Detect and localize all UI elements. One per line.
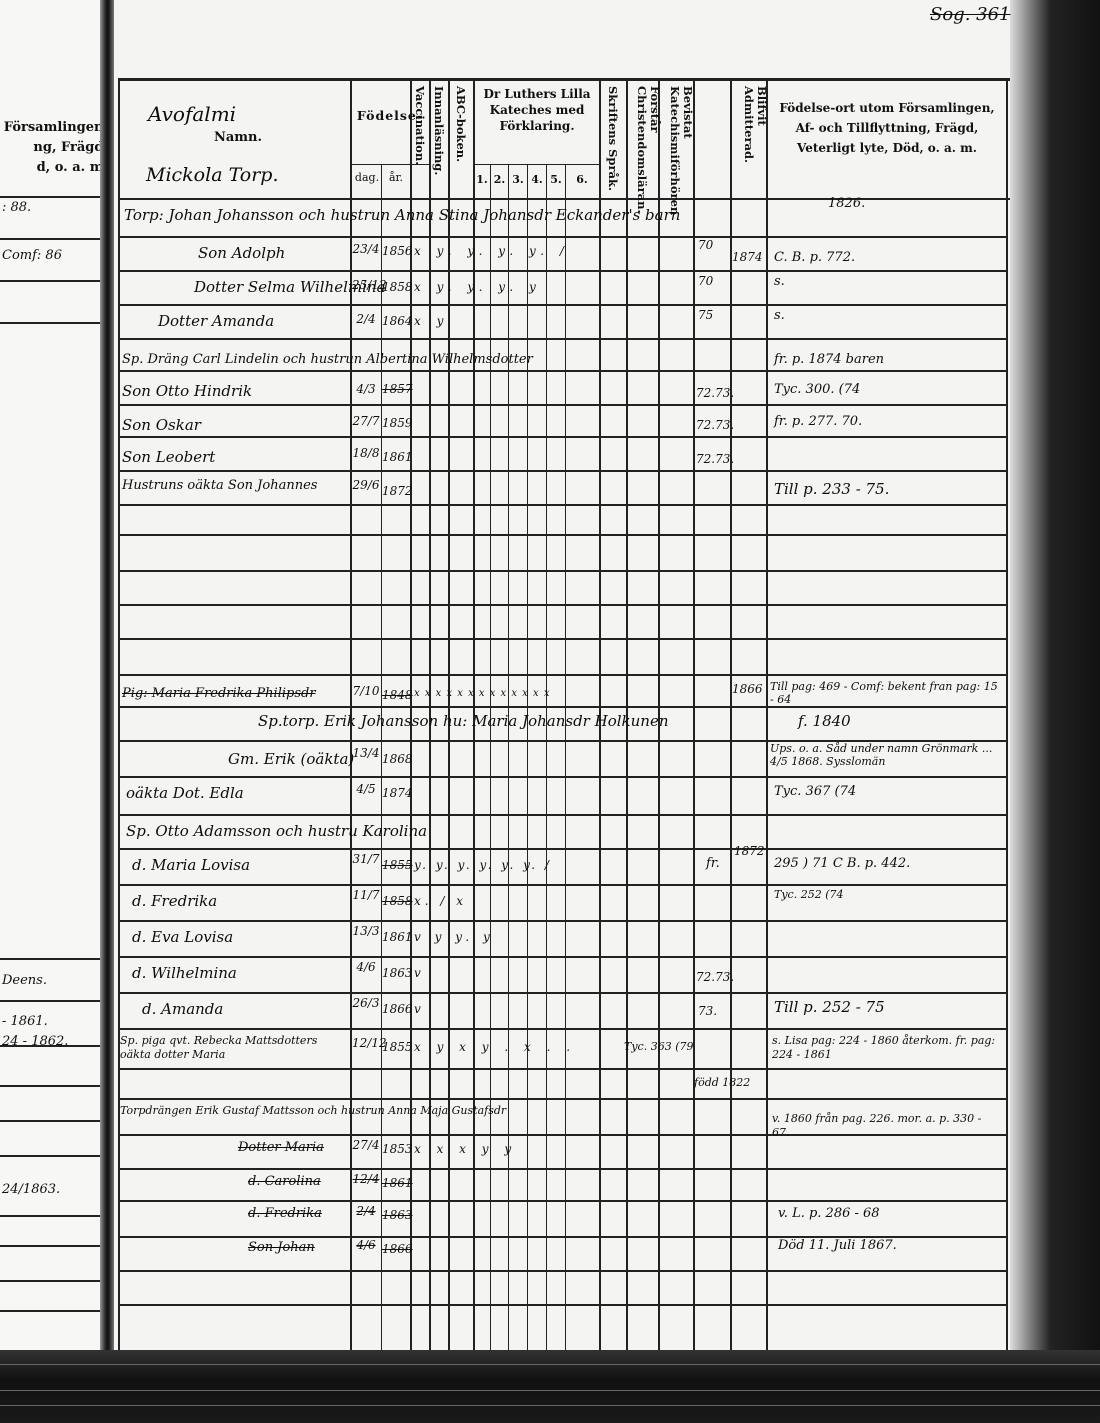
progress-marks: x x x x x x x x x x x x x <box>414 688 550 699</box>
entry-remark: fr. p. 277. 70. <box>774 414 862 429</box>
birth-year: 1858 <box>382 894 410 908</box>
entry-name: Dotter Maria <box>238 1140 324 1155</box>
entry-remark: s. <box>774 308 785 323</box>
birth-year: 1861 <box>382 1176 410 1190</box>
birth-day: 2/4 <box>352 312 380 326</box>
forstar-label: Förstår Christendomsläran. <box>633 86 661 196</box>
page-edge-shadow <box>1010 0 1100 1360</box>
birth-year: 1866 <box>382 1242 410 1256</box>
birth-year: 1857 <box>382 382 410 396</box>
progress-marks: v <box>414 966 427 980</box>
entry-name: Son Otto Hindrik <box>122 382 252 400</box>
book-gutter <box>100 0 114 1360</box>
birth-year: 1856 <box>382 244 410 258</box>
bevistat-label: Bevistat Katechismiförhören <box>666 86 694 196</box>
birth-day: 4/6 <box>352 960 380 974</box>
bevistat-value: 75 <box>698 308 713 322</box>
birth-year: 1855 <box>382 858 410 872</box>
bevistat-value: 72.73. <box>696 386 734 400</box>
progress-marks: x y. y. y. y. / <box>414 244 570 258</box>
birth-year: 1874 <box>382 786 410 800</box>
entry-name: d. Amanda <box>142 1000 223 1018</box>
progress-marks: v y y. y <box>414 930 495 944</box>
birth-day: 26/3 <box>352 996 380 1010</box>
bevistat-value: 70 <box>698 274 713 288</box>
remarks-label-line-1: Födelse-ort utom Församlingen, <box>768 98 1006 118</box>
forstar-value: fr. <box>706 856 720 871</box>
entry-name: Dotter Amanda <box>158 312 274 330</box>
bevistat-value: 73. <box>698 1004 717 1018</box>
entry-name: Sp. piga qvt. Rebecka Mattsdotters oäkta… <box>120 1034 348 1062</box>
entry-name: Son Leobert <box>122 448 215 466</box>
entry-name: Sp. Otto Adamsson och hustru Karolina <box>126 822 427 840</box>
entry-name: Torpdrängen Erik Gustaf Mattsson och hus… <box>120 1104 560 1118</box>
entry-name: Gm. Erik (oäkta) <box>228 750 354 768</box>
birth-year: 1863 <box>382 1208 410 1222</box>
forstar-value: född 1822 <box>694 1076 750 1089</box>
admitterad-value: 1874 <box>732 250 763 264</box>
entry-name: Hustruns oäkta Son Johannes <box>122 478 317 493</box>
entry-name: Pig: Maria Fredrika Philipsdr <box>122 686 316 701</box>
innanlasning-label: Innanläsning. <box>432 86 445 196</box>
entry-name: d. Fredrika <box>248 1206 322 1221</box>
ar-label: år. <box>382 170 410 185</box>
progress-marks: v <box>414 1002 427 1016</box>
birth-day: 7/10 <box>352 684 380 698</box>
birth-day: 25/12 <box>352 278 380 292</box>
birth-year: 1872 <box>382 484 410 498</box>
entry-remark: s. <box>774 274 785 289</box>
birth-day: 4/5 <box>352 782 380 796</box>
entry-remark: fr. p. 1874 baren <box>774 352 884 367</box>
entry-name: Son Adolph <box>198 244 285 262</box>
left-header-line-2: ng, Frägd, <box>0 138 108 158</box>
birth-day: 31/7 <box>352 852 380 866</box>
birth-day: 4/6 <box>352 1238 380 1252</box>
village-name: Avofalmi <box>148 102 236 126</box>
birth-year: 1858 <box>382 280 410 294</box>
katekes-col-5: 5. <box>547 172 565 187</box>
admitterad-label: Blifvit Admitterad. <box>740 86 768 166</box>
remarks-label-line-2: Af- och Tillflyttning, Frägd, <box>768 118 1006 138</box>
entry-remark: C. B. p. 772. <box>774 250 855 265</box>
register-form: Avofalmi Namn. Mickola Torp. Födelse- da… <box>118 78 1010 1350</box>
progress-marks: y. y. y. y. y. y. / <box>414 858 552 872</box>
birth-day: 18/8 <box>352 446 380 460</box>
birth-day: 13/3 <box>352 924 380 938</box>
katekes-col-6: 6. <box>566 172 598 187</box>
birth-day: 13/4 <box>352 746 380 760</box>
left-header-line-3: d, o. a. m. <box>0 158 108 178</box>
birth-year: 1855 <box>382 1040 410 1054</box>
birth-year: 1848 <box>382 688 410 702</box>
progress-marks: x y. y. y. y <box>414 280 542 294</box>
entry-remark: Till p. 252 - 75 <box>774 998 885 1016</box>
birth-year: 1861 <box>382 450 410 464</box>
birth-day: 11/7 <box>352 888 380 902</box>
abc-label: ABC-boken. <box>454 86 467 196</box>
left-note: 24 - 1862. <box>2 1034 68 1049</box>
birth-day: 2/4 <box>352 1204 380 1218</box>
entry-remark: Till p. 233 - 75. <box>774 480 889 498</box>
entry-remark: Tyc. 252 (74 <box>774 888 844 901</box>
birth-day: 12/12 <box>352 1036 380 1050</box>
birth-year: 1861 <box>382 930 410 944</box>
entry-name: oäkta Dot. Edla <box>126 784 244 802</box>
birth-year: 1863 <box>382 966 410 980</box>
progress-marks: x. / x <box>414 894 467 908</box>
entry-name: d. Fredrika <box>132 892 217 910</box>
birth-day: 27/4 <box>352 1138 380 1152</box>
entry-remark: Tyc. 300. (74 <box>774 382 860 397</box>
entry-name: d. Carolina <box>248 1174 321 1189</box>
left-note: 24/1863. <box>2 1182 60 1197</box>
katekes-col-1: 1. <box>474 172 490 187</box>
dag-label: dag. <box>352 170 382 185</box>
left-note: : 88. <box>2 200 31 215</box>
namn-label: Namn. <box>198 130 278 145</box>
left-note: Deens. <box>2 973 47 988</box>
entry-remark: 295 ) 71 C B. p. 442. <box>774 856 910 871</box>
remarks-label: Födelse-ort utom Församlingen, Af- och T… <box>768 98 1006 158</box>
entry-remark: f. 1840 <box>798 712 851 730</box>
entry-name: Sp. Dräng Carl Lindelin och hustrun Albe… <box>122 352 533 367</box>
birth-year: 1859 <box>382 416 410 430</box>
admitterad-value: 1872 <box>734 844 765 858</box>
left-note: Comf: 86 <box>2 248 62 263</box>
entry-remark: v. L. p. 286 - 68 <box>778 1206 880 1221</box>
bevistat-value: 72.73. <box>696 418 734 432</box>
entry-name: d. Eva Lovisa <box>132 928 233 946</box>
entry-remark: Död 11. Juli 1867. <box>778 1238 897 1253</box>
left-header-line-1: Församlingen, <box>0 118 108 138</box>
birth-day: 27/7 <box>352 414 380 428</box>
scan-bottom-edge <box>0 1350 1100 1423</box>
entry-remark: v. 1860 från pag. 226. mor. a. p. 330 - … <box>772 1112 1002 1140</box>
birth-day: 29/6 <box>352 478 380 492</box>
forstar-value: Tyc. 363 (79 <box>624 1040 694 1053</box>
entry-name: Son Oskar <box>122 416 201 434</box>
katekes-label: Dr Luthers Lilla Kateches med Förklaring… <box>476 86 598 134</box>
skriftens-label: Skriftens Språk. <box>606 86 619 196</box>
entry-name: Torp: Johan Johansson och hustrun Anna S… <box>124 206 680 224</box>
bevistat-value: 72.73. <box>696 452 734 466</box>
katekes-col-3: 3. <box>509 172 527 187</box>
progress-marks: x y x y . x . . <box>414 1040 576 1054</box>
birth-year: 1866 <box>382 1002 410 1016</box>
entry-remark: Till pag: 469 - Comf: bekent fran pag: 1… <box>770 680 1000 706</box>
progress-marks: x x x y y <box>414 1142 517 1156</box>
entry-name: d. Maria Lovisa <box>132 856 250 874</box>
birth-year: 1868 <box>382 752 410 766</box>
entry-name: d. Wilhelmina <box>132 964 237 982</box>
birth-year: 1864 <box>382 314 410 328</box>
birth-day: 23/4 <box>352 242 380 256</box>
left-note: - 1861. <box>2 1014 48 1029</box>
bevistat-value: 72.73. <box>696 970 734 984</box>
entry-name: Son Johan <box>248 1240 315 1255</box>
bevistat-value: 70 <box>698 238 713 252</box>
katekes-col-2: 2. <box>491 172 508 187</box>
vaccination-label: Vaccination. <box>413 86 426 196</box>
progress-marks: x y <box>414 314 449 328</box>
farm-name: Mickola Torp. <box>146 164 279 186</box>
entry-remark: Tyc. 367 (74 <box>774 784 856 799</box>
katekes-col-4: 4. <box>528 172 546 187</box>
left-page-header: Församlingen, ng, Frägd, d, o. a. m. <box>0 118 108 178</box>
page-number: Sog. 361 <box>930 4 1011 25</box>
birth-day: 4/3 <box>352 382 380 396</box>
birth-year: 1853 <box>382 1142 410 1156</box>
admitterad-value: 1866 <box>732 682 763 696</box>
entry-name: Sp.torp. Erik Johansson hu: Maria Johans… <box>258 712 668 730</box>
left-facing-page: Församlingen, ng, Frägd, d, o. a. m. : 8… <box>0 0 110 1360</box>
entry-remark: s. Lisa pag: 224 - 1860 återkom. fr. pag… <box>772 1034 1002 1062</box>
entry-remark: 1826. <box>828 196 865 211</box>
remarks-label-line-3: Veterligt lyte, Död, o. a. m. <box>768 138 1006 158</box>
birth-day: 12/4 <box>352 1172 380 1186</box>
entry-remark: Ups. o. a. Såd under namn Grönmark ... 4… <box>770 742 1000 768</box>
